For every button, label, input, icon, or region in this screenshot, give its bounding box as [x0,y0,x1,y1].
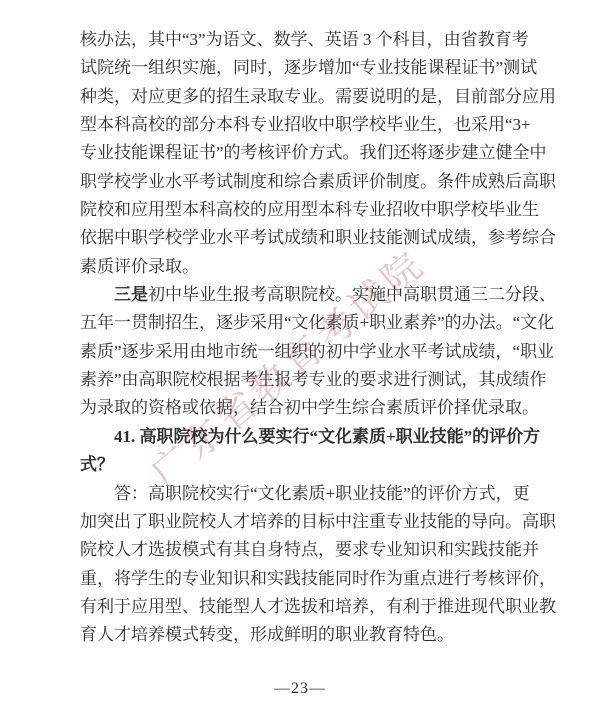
text-line-paragraph-end: 育人才培养模式转变，形成鲜明的职业教育特色。 [80,621,525,649]
text-line: 有利于应用型、技能型人才选拔和培养，有利于推进现代职业教 [80,593,525,621]
text-line-paragraph-start: 三是初中毕业生报考高职院校。实施中高职贯通三二分段、 [80,281,525,309]
document-body: 核办法，其中“3”为语文、数学、英语 3 个科目，由省教育考 试院统一组织实施，… [80,26,525,650]
text-line: 种类，对应更多的招生录取专业。需要说明的是，目前部分应用 [80,83,525,111]
text-line: 加突出了职业院校人才培养的目标中注重专业技能的导向。高职 [80,508,525,536]
text-line: 专业技能课程证书”的考核评价方式。我们还将逐步建立健全中 [80,139,525,167]
text-line: 素质”逐步采用由地市统一组织的初中学业水平考试成绩，“职业 [80,338,525,366]
lead-bold-text: 三是 [114,285,148,304]
question-line: 41. 高职院校为什么要实行“文化素质+职业技能”的评价方 [80,423,525,451]
page-number: —23— [0,680,600,698]
text-line: 型本科高校的部分本科专业招收中职学校毕业生，也采用“3+ [80,111,525,139]
text-line-paragraph-end: 为录取的资格或依据，结合初中学生综合素质评价择优录取。 [80,394,525,422]
text-line: 重，将学生的专业知识和实践技能同时作为重点进行考核评价， [80,565,525,593]
text-line-paragraph-end: 素质评价录取。 [80,253,525,281]
text-line: 依据中职学校学业水平考试成绩和职业技能测试成绩，参考综合 [80,224,525,252]
text-line: 试院统一组织实施，同时，逐步增加“专业技能课程证书”测试 [80,54,525,82]
question-line-end: 式？ [80,451,525,479]
text-line: 院校人才选拔模式有其自身特点，要求专业知识和实践技能并 [80,536,525,564]
text-line: 核办法，其中“3”为语文、数学、英语 3 个科目，由省教育考 [80,26,525,54]
text-line-segment: 初中毕业生报考高职院校。实施中高职贯通三二分段、 [148,285,556,304]
text-line: 院校和应用型本科高校的应用型本科专业招收中职学校毕业生 [80,196,525,224]
text-line: 职学校学业水平考试制度和综合素质评价制度。条件成熟后高职 [80,168,525,196]
text-line: 五年一贯制招生，逐步采用“文化素质+职业素养”的办法。“文化 [80,309,525,337]
text-line: 素养”由高职院校根据考生报考专业的要求进行测试，其成绩作 [80,366,525,394]
answer-line-start: 答：高职院校实行“文化素质+职业技能”的评价方式，更 [80,480,525,508]
document-page: 广东省教育考试院 核办法，其中“3”为语文、数学、英语 3 个科目，由省教育考 … [0,0,600,717]
